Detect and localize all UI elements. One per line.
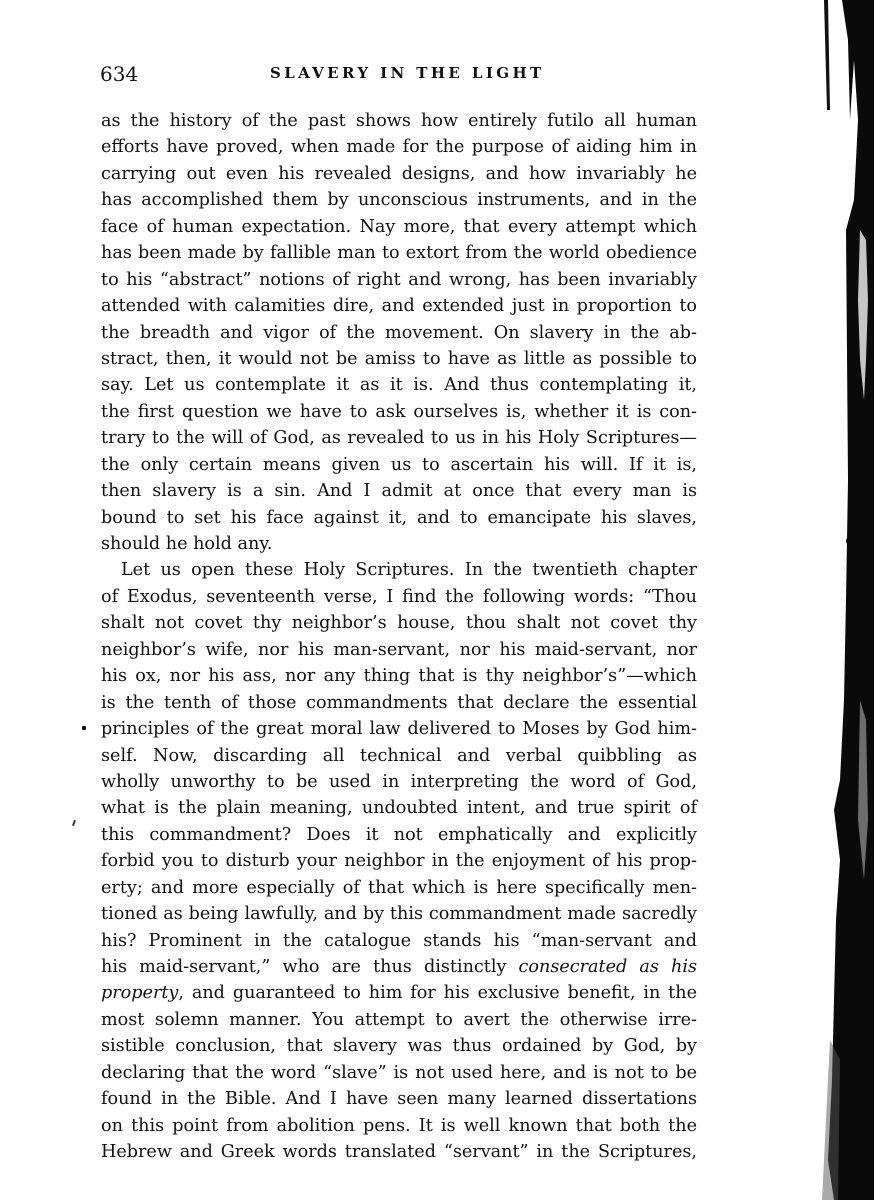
body-text: as the history of the past shows how ent…	[101, 108, 697, 1166]
text-line-with-italic: his maid-servant,” who are thus distinct…	[101, 954, 697, 980]
paragraph-start-line: Let us open these Holy Scriptures. In th…	[101, 557, 697, 583]
text-line: bound to set his face against it, and to…	[101, 505, 697, 531]
text-line: has been made by fallible man to extort …	[101, 240, 697, 266]
text-line: to his “abstract” notions of right and w…	[101, 267, 697, 293]
text-segment: , and guaranteed to him for his exclusiv…	[178, 983, 697, 1003]
text-line: found in the Bible. And I have seen many…	[101, 1086, 697, 1112]
text-line: forbid you to disturb your neighbor in t…	[101, 848, 697, 874]
text-line: face of human expectation. Nay more, tha…	[101, 214, 697, 240]
text-line: shalt not covet thy neighbor’s house, th…	[101, 610, 697, 636]
text-line: sistible conclusion, that slavery was th…	[101, 1033, 697, 1059]
text-line: as the history of the past shows how ent…	[101, 108, 697, 134]
text-line: say. Let us contemplate it as it is. And…	[101, 372, 697, 398]
book-page: 634 SLAVERY IN THE LIGHT as the history …	[0, 0, 874, 1200]
margin-speck	[72, 820, 76, 826]
text-line: the first question we have to ask oursel…	[101, 399, 697, 425]
italic-phrase: property	[101, 983, 178, 1003]
text-line: most solemn manner. You attempt to avert…	[101, 1007, 697, 1033]
text-line: the only certain means given us to ascer…	[101, 452, 697, 478]
text-line: declaring that the word “slave” is not u…	[101, 1060, 697, 1086]
running-head: 634 SLAVERY IN THE LIGHT	[100, 62, 700, 88]
text-line: Hebrew and Greek words translated “serva…	[101, 1139, 697, 1165]
text-segment: his maid-servant,” who are thus distinct…	[101, 957, 506, 977]
text-line: stract, then, it would not be amiss to h…	[101, 346, 697, 372]
text-line: his ox, nor his ass, nor any thing that …	[101, 663, 697, 689]
text-line: this commandment? Does it not emphatical…	[101, 822, 697, 848]
text-line: trary to the will of God, as revealed to…	[101, 425, 697, 451]
text-line: erty; and more especially of that which …	[101, 875, 697, 901]
binding-edge-shadow	[814, 0, 874, 1200]
text-line: principles of the great moral law delive…	[101, 716, 697, 742]
text-line: wholly unworthy to be used in interpreti…	[101, 769, 697, 795]
text-line: the breadth and vigor of the movement. O…	[101, 320, 697, 346]
text-line: then slavery is a sin. And I admit at on…	[101, 478, 697, 504]
running-title: SLAVERY IN THE LIGHT	[270, 64, 545, 82]
text-line: his? Prominent in the catalogue stands h…	[101, 928, 697, 954]
text-line: has accomplished them by unconscious ins…	[101, 187, 697, 213]
text-line: should he hold any.	[101, 531, 697, 557]
text-line: attended with calamities dire, and exten…	[101, 293, 697, 319]
text-line: what is the plain meaning, undoubted int…	[101, 795, 697, 821]
text-line-with-italic: property, and guaranteed to him for his …	[101, 980, 697, 1006]
text-line: tioned as being lawfully, and by this co…	[101, 901, 697, 927]
text-line: neighbor’s wife, nor his man-servant, no…	[101, 637, 697, 663]
text-line: on this point from abolition pens. It is…	[101, 1113, 697, 1139]
text-line: efforts have proved, when made for the p…	[101, 134, 697, 160]
text-line: carrying out even his revealed designs, …	[101, 161, 697, 187]
text-line: of Exodus, seventeenth verse, I find the…	[101, 584, 697, 610]
text-line: is the tenth of those commandments that …	[101, 690, 697, 716]
margin-speck	[82, 726, 86, 730]
text-line: self. Now, discarding all technical and …	[101, 743, 697, 769]
page-number: 634	[100, 62, 138, 86]
italic-phrase: consecrated as his	[519, 957, 697, 977]
